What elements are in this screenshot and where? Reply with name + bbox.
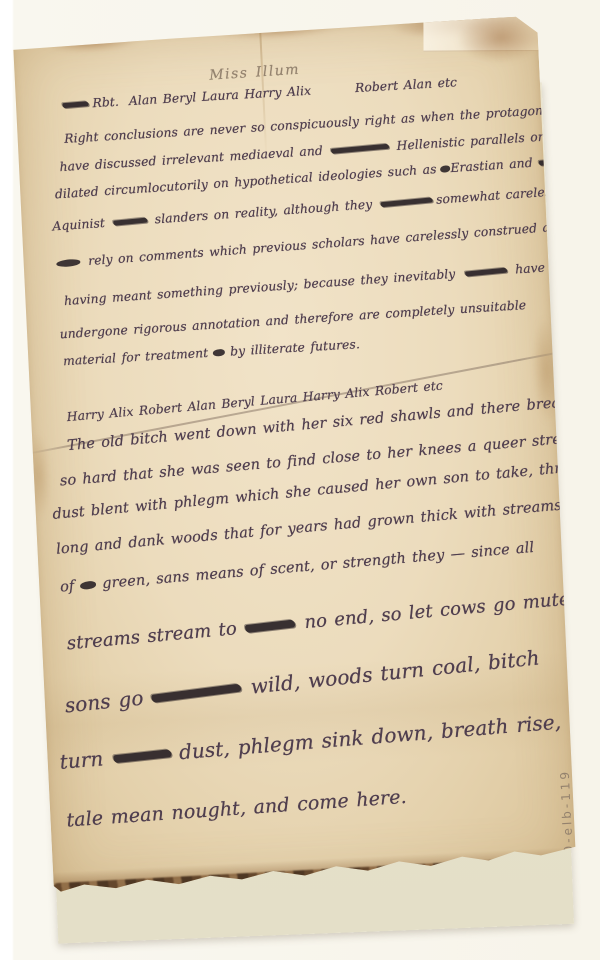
hand-text: sons go <box>64 686 145 718</box>
hand-gap <box>372 207 380 209</box>
ink-scribble-strikeout <box>113 217 147 225</box>
ink-scribble-strikeout <box>380 197 432 207</box>
hand-gap <box>144 703 152 705</box>
ink-scribble-strikeout <box>244 620 295 633</box>
hand-text: wild, woods turn coal, bitch <box>250 645 541 698</box>
ink-blot <box>80 581 97 590</box>
hand-gap <box>208 356 213 357</box>
hand-text: slanders on reality, although they <box>154 197 372 226</box>
hand-text: tale mean nought, and come here. <box>66 786 408 832</box>
ink-blot <box>56 259 80 267</box>
ink-blot <box>440 165 450 172</box>
hand-text: streams stream to <box>66 618 238 654</box>
ink-scribble-strikeout <box>151 684 241 704</box>
hand-gap <box>507 273 515 275</box>
names-line-1: Rbt.Alan Beryl Laura Harry AlixRobert Al… <box>62 75 457 112</box>
hand-text: Rbt. <box>92 95 119 110</box>
pencil-note: Miss Illum <box>209 62 301 84</box>
manuscript-page: Miss IllumRbt.Alan Beryl Laura Harry Ali… <box>11 16 578 897</box>
hand-gap <box>311 91 355 95</box>
hand-gap <box>172 758 180 760</box>
prose-line-8: material for treatmentby illiterate futu… <box>63 337 361 368</box>
hand-gap <box>389 149 397 151</box>
ink-scribble-strikeout <box>331 144 389 154</box>
ink-scribble-strikeout <box>465 267 507 276</box>
hand-text: having meant something previously; becau… <box>64 267 456 308</box>
hand-gap <box>437 172 441 173</box>
hand-text: turn <box>59 746 105 773</box>
ink-scribble-strikeout <box>538 157 584 166</box>
hand-gap <box>119 104 129 106</box>
hand-text: Alan Beryl Laura Harry Alix <box>128 84 311 108</box>
hand-gap <box>104 764 114 766</box>
hand-gap <box>80 264 88 266</box>
verse-line-6: streams stream tono end, so let cows go … <box>66 588 576 654</box>
hand-text: material for treatment <box>63 346 209 368</box>
ink-scribble-strikeout <box>62 101 88 108</box>
prose-line-7: undergone rigorous annotation and theref… <box>59 298 526 341</box>
hand-text: Hellenistic parallels or <box>396 130 544 153</box>
verse-line-7: sons gowild, woods turn coal, bitch <box>64 645 541 717</box>
hand-text: somewhat carelessly <box>436 184 569 207</box>
hand-text: have discussed irrelevant mediaeval and <box>59 144 323 175</box>
hand-text: undergone rigorous annotation and theref… <box>59 298 526 341</box>
hand-text: by illiterate futures. <box>230 337 361 358</box>
hand-text: no end, so let cows go mute, <box>304 588 577 633</box>
hand-text: rely on comments which previous scholars… <box>88 220 557 268</box>
hand-gap <box>323 153 331 155</box>
hand-text: have <box>515 260 546 276</box>
hand-gap <box>241 693 251 695</box>
hand-text: Miss Illum <box>209 62 301 84</box>
hand-text: Aquinist <box>52 216 105 234</box>
hand-text: of <box>59 578 75 595</box>
verse-line-9: tale mean nought, and come here. <box>66 786 408 832</box>
ink-scribble-strikeout <box>113 749 172 764</box>
hand-gap <box>295 627 305 629</box>
hand-gap <box>105 225 113 227</box>
hand-text: dust, phlegm sink down, breath rise, <box>178 710 562 765</box>
hand-gap <box>75 589 81 590</box>
hand-gap <box>147 222 155 224</box>
hand-gap <box>533 165 539 166</box>
hand-gap <box>237 632 245 634</box>
manuscript: Miss IllumRbt.Alan Beryl Laura Harry Ali… <box>11 16 578 897</box>
hand-gap <box>456 276 466 278</box>
hand-text: Robert Alan etc <box>355 75 458 95</box>
hand-text: Erastian and <box>450 156 533 175</box>
verse-line-8: turndust, phlegm sink down, breath rise, <box>59 710 562 774</box>
ink-blot <box>213 349 225 356</box>
